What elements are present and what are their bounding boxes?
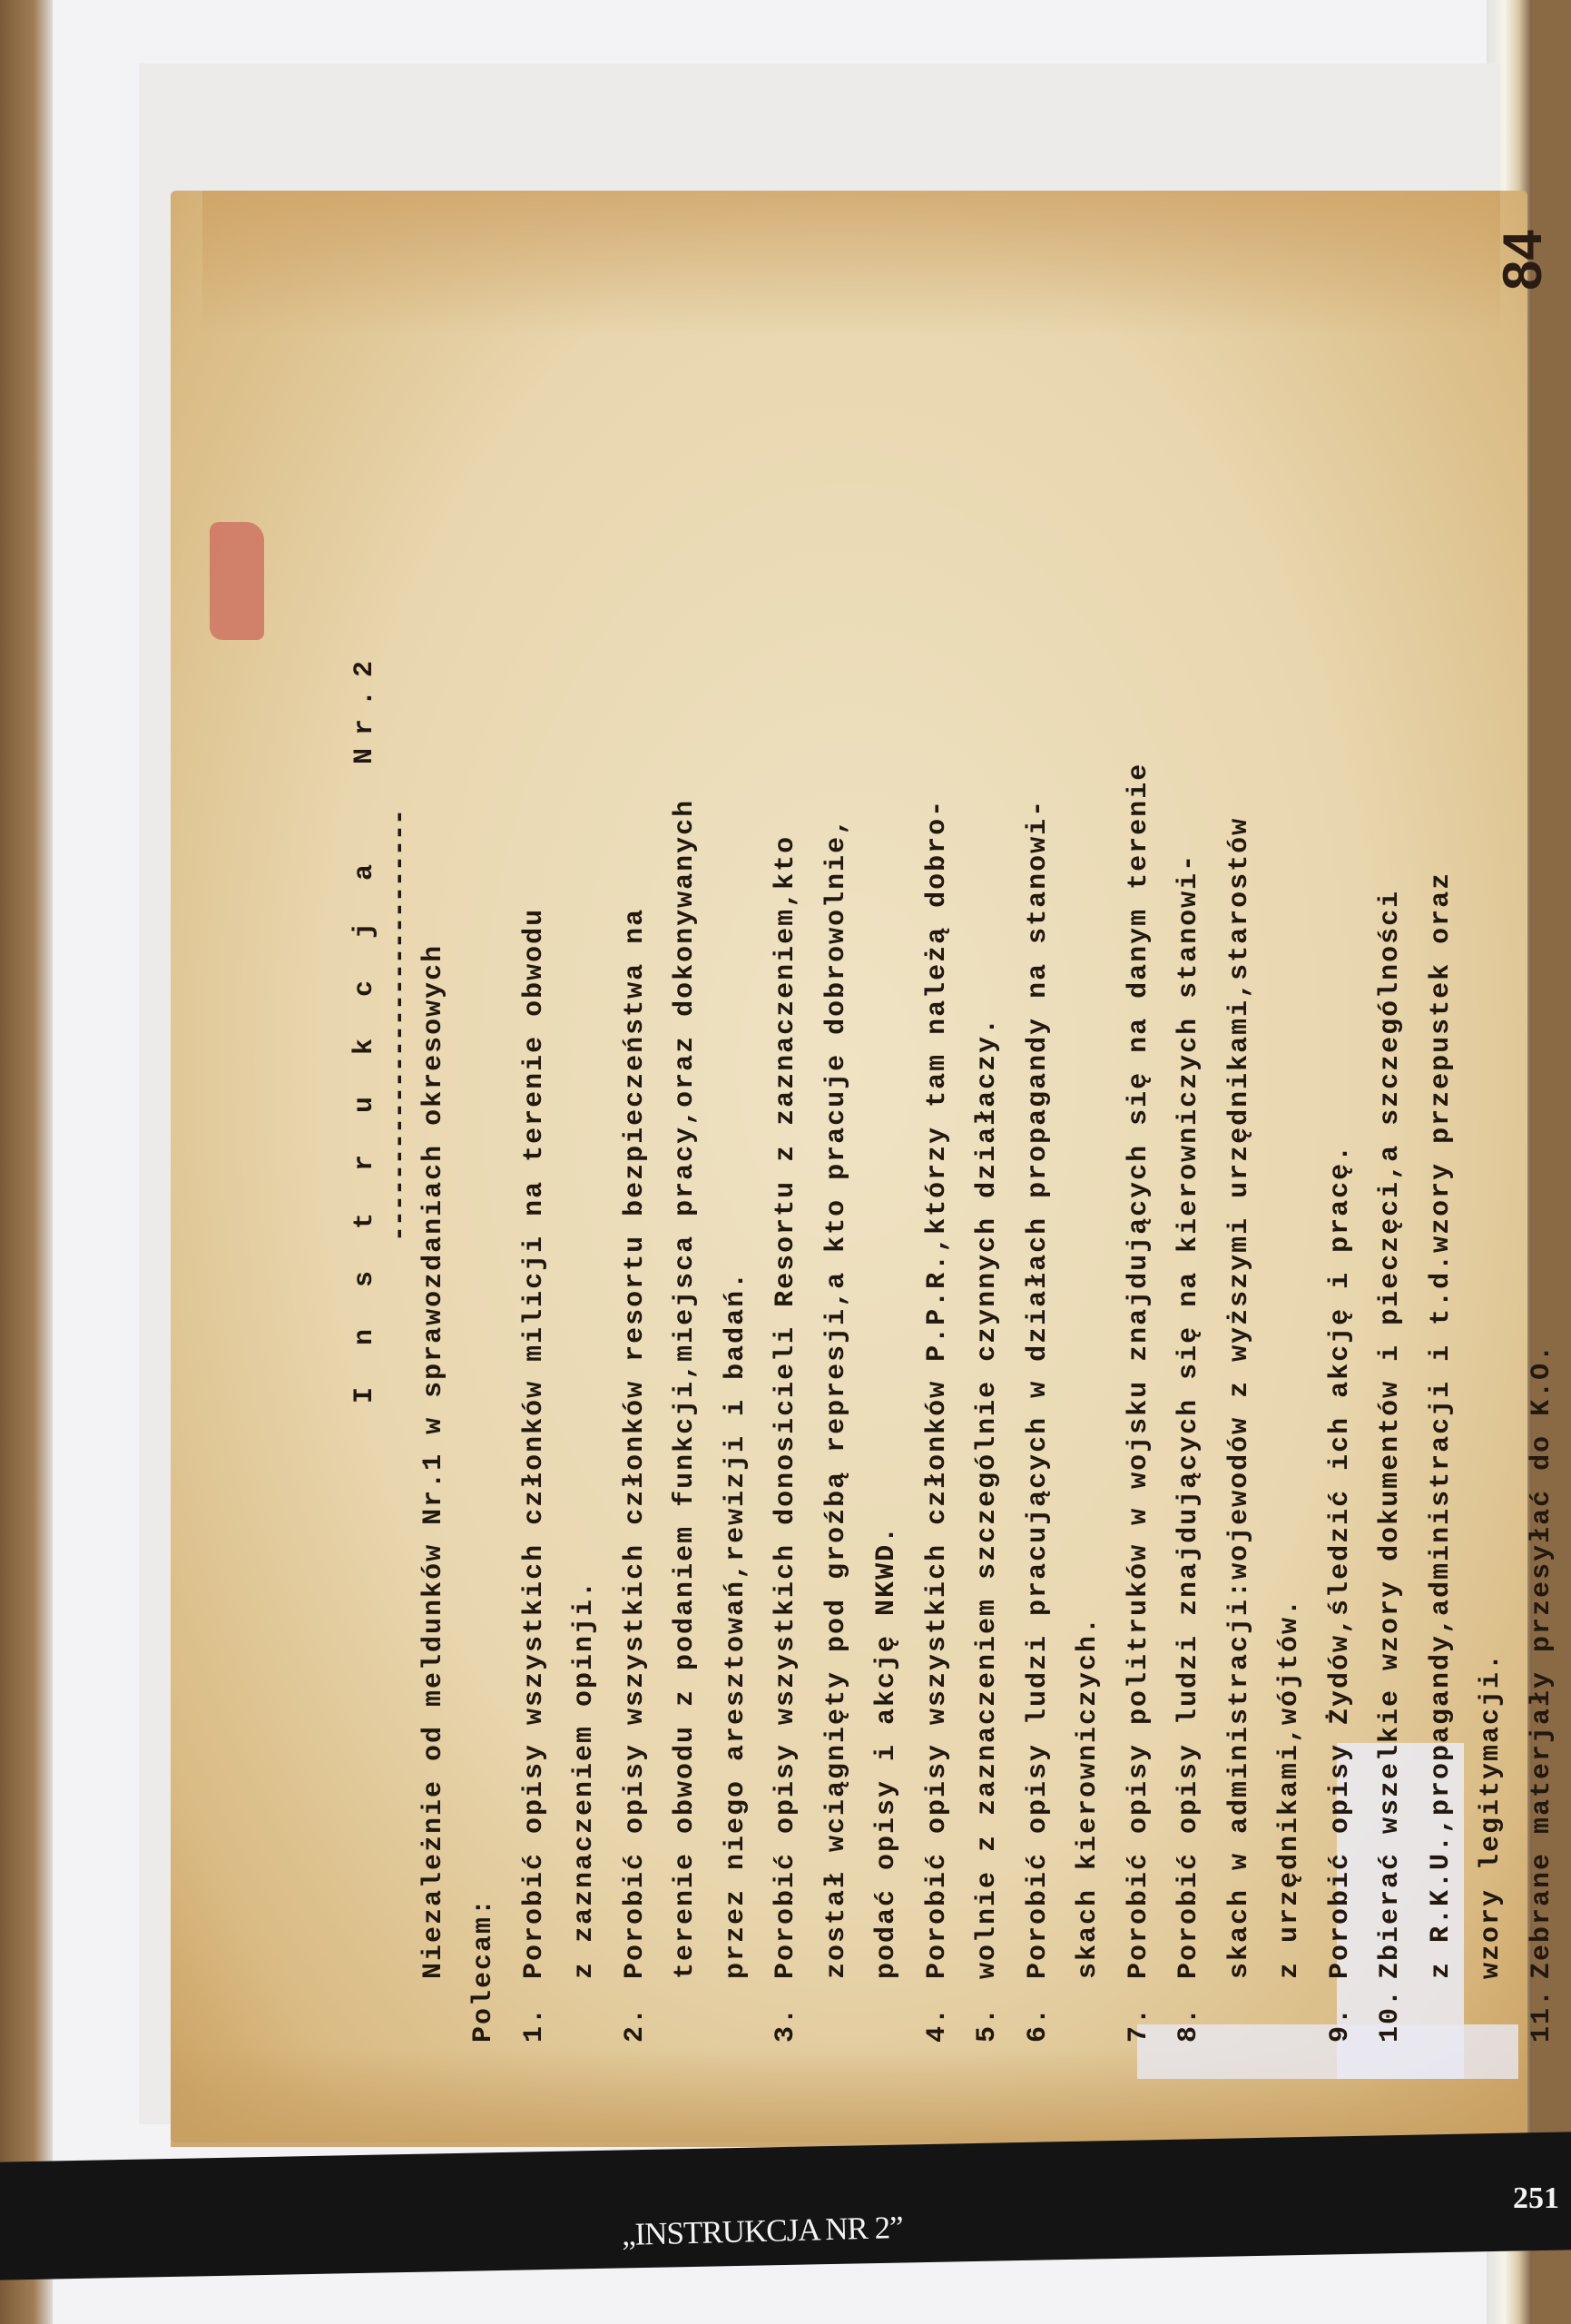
item-number: 3. xyxy=(761,1979,812,2043)
instruction-line: 11.Zebrane materjały przesyłać do K.O. xyxy=(1517,245,1568,2043)
item-text: Zbierać wszelkie wzory dokumentów i piec… xyxy=(1375,890,1406,1979)
item-number: 4. xyxy=(913,1979,964,2043)
item-text: terenie obwodu z podaniem funkcji,miejsc… xyxy=(670,799,701,1979)
item-text: Zebrane materjały przesyłać do K.O. xyxy=(1527,1344,1557,1979)
document-subtitle: Niezależnie od meldunków Nr.1 w sprawozd… xyxy=(409,245,460,2043)
instruction-line: przez niego aresztowań,rewizji i badań. xyxy=(712,245,762,2043)
instruction-line: z R.K.U.,propagandy,administracji i t.d.… xyxy=(1417,245,1468,2043)
running-header-title: „INSTRUKCJA NR 2” xyxy=(622,2210,904,2253)
item-text: skach kierowniczych. xyxy=(1073,1616,1104,1979)
item-text: z zaznaczeniem opinji. xyxy=(569,1580,600,1979)
red-stamp-mark xyxy=(210,522,264,640)
item-text: z urzędnikami,wójtów. xyxy=(1274,1598,1305,1979)
item-text: Porobić opisy wszystkich członków resort… xyxy=(620,908,651,1979)
item-number: 6. xyxy=(1014,1979,1065,2043)
document-title: I n s t r u k c j a Nr.2 xyxy=(340,245,391,2043)
instruction-line: został wciągnięty pod groźbą represji,a … xyxy=(812,245,863,2043)
item-text: podać opisy i akcję NKWD. xyxy=(871,1525,902,1979)
item-text: Porobić opisy wszystkich członków P.P.R.… xyxy=(922,799,953,1979)
instruction-line: z zaznaczeniem opinji. xyxy=(560,245,611,2043)
item-text: wolnie z zaznaczeniem szczególnie czynny… xyxy=(972,1017,1003,1979)
item-text: z R.K.U.,propagandy,administracji i t.d.… xyxy=(1426,871,1457,1979)
page-number: 251 xyxy=(1513,2181,1559,2216)
item-text: Porobić opisy ludzi pracujących w działa… xyxy=(1023,799,1054,1979)
document-photo: 84 I n s t r u k c j a Nr.2 ------------… xyxy=(139,64,1500,2124)
title-underline: ---------------------------- xyxy=(391,245,409,2043)
item-number: 12. xyxy=(1567,1979,1571,2043)
item-text: Porobić opisy Żydów,śledzić ich akcję i … xyxy=(1325,1144,1356,1979)
item-number: 5. xyxy=(963,1979,1014,2043)
item-text: Porobić opisy wszystkich członków milicj… xyxy=(519,908,550,1979)
item-text: wzory legitymacji. xyxy=(1476,1652,1507,1979)
item-number: 7. xyxy=(1114,1979,1165,2043)
item-text: Porobić opisy wszystkich donosicieli Res… xyxy=(771,835,801,1979)
item-text: skach w administracji:wojewodów z wyższy… xyxy=(1224,817,1255,1979)
item-number: 1. xyxy=(510,1979,561,2043)
book-page: 84 I n s t r u k c j a Nr.2 ------------… xyxy=(53,0,1532,2324)
instruction-line: skach kierowniczych. xyxy=(1064,245,1114,2043)
instruction-line: 10.Zbierać wszelkie wzory dokumentów i p… xyxy=(1366,245,1417,2043)
facing-page-edge xyxy=(0,0,56,2324)
item-text: został wciągnięty pod groźbą represji,a … xyxy=(821,817,852,1979)
instruction-line: wzory legitymacji. xyxy=(1467,245,1517,2043)
instruction-line: 7.Porobić opisy politruków w wojsku znaj… xyxy=(1114,245,1165,2043)
instruction-line: 8.Porobić opisy ludzi znajdujących się n… xyxy=(1164,245,1215,2043)
instruction-lines: 1.Porobić opisy wszystkich członków mili… xyxy=(510,245,1571,2043)
instruction-line: 9.Porobić opisy Żydów,śledzić ich akcję … xyxy=(1316,245,1367,2043)
intro-label: Polecam: xyxy=(459,245,510,2043)
item-text: Porobić opisy politruków w wojsku znajdu… xyxy=(1124,763,1154,1979)
item-number: 10. xyxy=(1366,1979,1417,2043)
instruction-line: 5.wolnie z zaznaczeniem szczególnie czyn… xyxy=(963,245,1014,2043)
item-number: 8. xyxy=(1164,1979,1215,2043)
instruction-line: 6.Porobić opisy ludzi pracujących w dzia… xyxy=(1014,245,1065,2043)
instruction-line: podać opisy i akcję NKWD. xyxy=(862,245,913,2043)
item-number: 11. xyxy=(1517,1979,1568,2043)
instruction-line: 12.Wszelkie zdobyte wiadomości dotyczące… xyxy=(1567,245,1571,2043)
typed-text-block: I n s t r u k c j a Nr.2 ---------------… xyxy=(340,245,1571,2043)
item-text: Porobić opisy ludzi znajdujących się na … xyxy=(1173,853,1204,1979)
item-text: przez niego aresztowań,rewizji i badań. xyxy=(721,1271,751,1979)
item-number: 2. xyxy=(611,1979,662,2043)
item-number: 9. xyxy=(1316,1979,1367,2043)
instruction-line: 2.Porobić opisy wszystkich członków reso… xyxy=(611,245,662,2043)
instruction-line: 4.Porobić opisy wszystkich członków P.P.… xyxy=(913,245,964,2043)
instruction-line: terenie obwodu z podaniem funkcji,miejsc… xyxy=(661,245,712,2043)
instruction-line: 1.Porobić opisy wszystkich członków mili… xyxy=(510,245,561,2043)
instruction-line: z urzędnikami,wójtów. xyxy=(1265,245,1316,2043)
instruction-line: skach w administracji:wojewodów z wyższy… xyxy=(1215,245,1266,2043)
instruction-line: 3.Porobić opisy wszystkich donosicieli R… xyxy=(761,245,812,2043)
